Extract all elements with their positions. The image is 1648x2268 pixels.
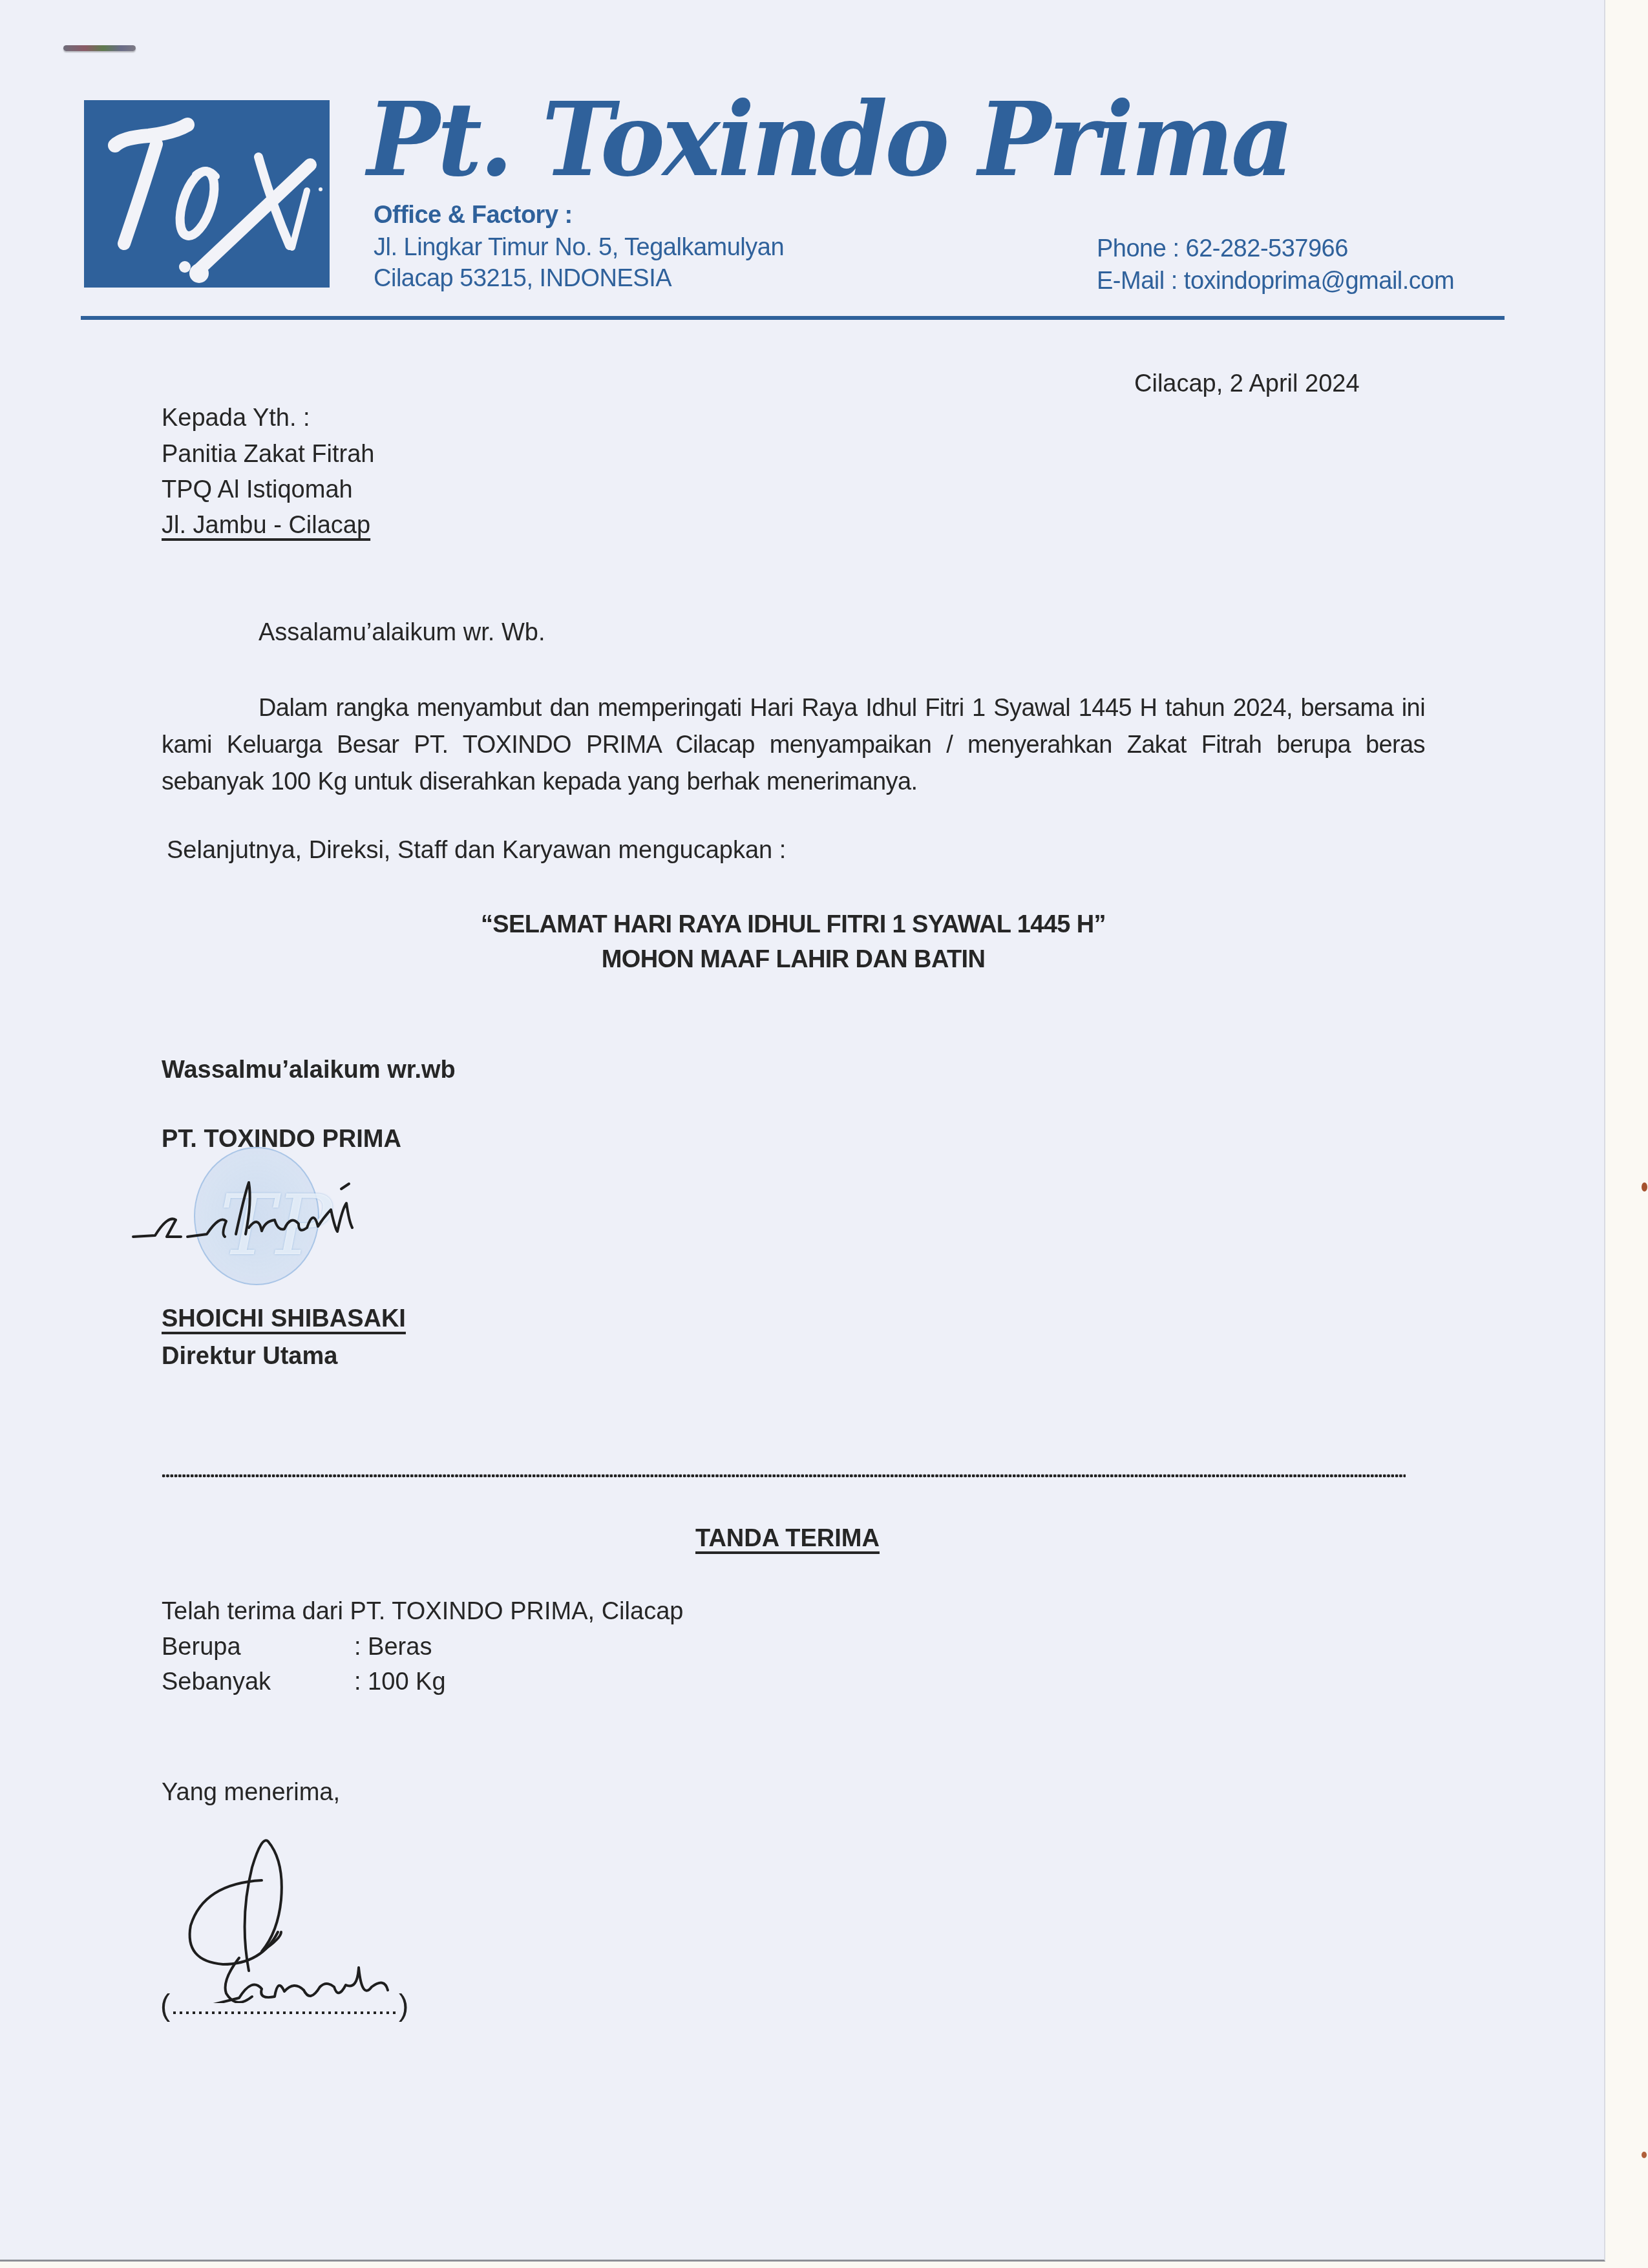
place-date: Cilacap, 2 April 2024 — [1134, 372, 1360, 396]
company-logo — [84, 100, 330, 288]
receipt-title: TANDA TERIMA — [695, 1526, 880, 1551]
closing-greeting: Wassalmu’alaikum wr.wb — [162, 1058, 456, 1082]
close-parenthesis: ) — [399, 1988, 408, 2022]
signature-icon — [165, 1822, 430, 2003]
header-divider — [81, 316, 1505, 320]
scan-speck — [1642, 2152, 1647, 2158]
eid-greeting-line-2: MOHON MAAF LAHIR DAN BATIN — [162, 946, 1425, 974]
signer-name: SHOICHI SHIBASAKI — [162, 1307, 406, 1331]
email-address: E-Mail : toxindoprima@gmail.com — [1097, 268, 1454, 295]
receipt-field-label: Berupa — [162, 1635, 241, 1659]
receiver-label: Yang menerima, — [162, 1780, 340, 1805]
address-line-2: Cilacap 53215, INDONESIA — [374, 265, 671, 293]
letter-page: Pt. Toxindo Prima Office & Factory : Jl.… — [0, 0, 1605, 2262]
open-parenthesis: ( — [160, 1988, 170, 2022]
scan-speck — [1642, 1182, 1647, 1192]
salutation: Assalamu’alaikum wr. Wb. — [259, 620, 545, 645]
recipient-label: Kepada Yth. : — [162, 406, 310, 430]
staple — [63, 45, 136, 51]
company-name: Pt. Toxindo Prima — [367, 89, 1291, 191]
receipt-field-label: Sebanyak — [162, 1670, 271, 1694]
signer-title: Direktur Utama — [162, 1344, 337, 1369]
phone-number: Phone : 62-282-537966 — [1097, 235, 1348, 263]
office-label: Office & Factory : — [374, 202, 573, 229]
receiver-name-line — [171, 2011, 397, 2015]
address-line-1: Jl. Lingkar Timur No. 5, Tegalkamulyan — [374, 234, 784, 262]
tox-logo-icon — [84, 100, 330, 288]
receipt-intro: Telah terima dari PT. TOXINDO PRIMA, Cil… — [162, 1599, 683, 1624]
cut-line-separator — [162, 1473, 1406, 1478]
eid-greeting-line-1: “SELAMAT HARI RAYA IDHUL FITRI 1 SYAWAL … — [162, 911, 1425, 939]
recipient-line-3: Jl. Jambu - Cilacap — [162, 513, 370, 538]
recipient-line-2: TPQ Al Istiqomah — [162, 478, 353, 502]
receipt-field-value: : Beras — [354, 1635, 432, 1659]
body-paragraph: Dalam rangka menyambut dan memperingati … — [162, 690, 1425, 801]
signature-icon — [129, 1170, 414, 1266]
recipient-line-1: Panitia Zakat Fitrah — [162, 442, 374, 467]
signer-company: PT. TOXINDO PRIMA — [162, 1127, 401, 1151]
followup-line: Selanjutnya, Direksi, Staff dan Karyawan… — [167, 838, 786, 863]
receipt-field-value: : 100 Kg — [354, 1670, 446, 1694]
